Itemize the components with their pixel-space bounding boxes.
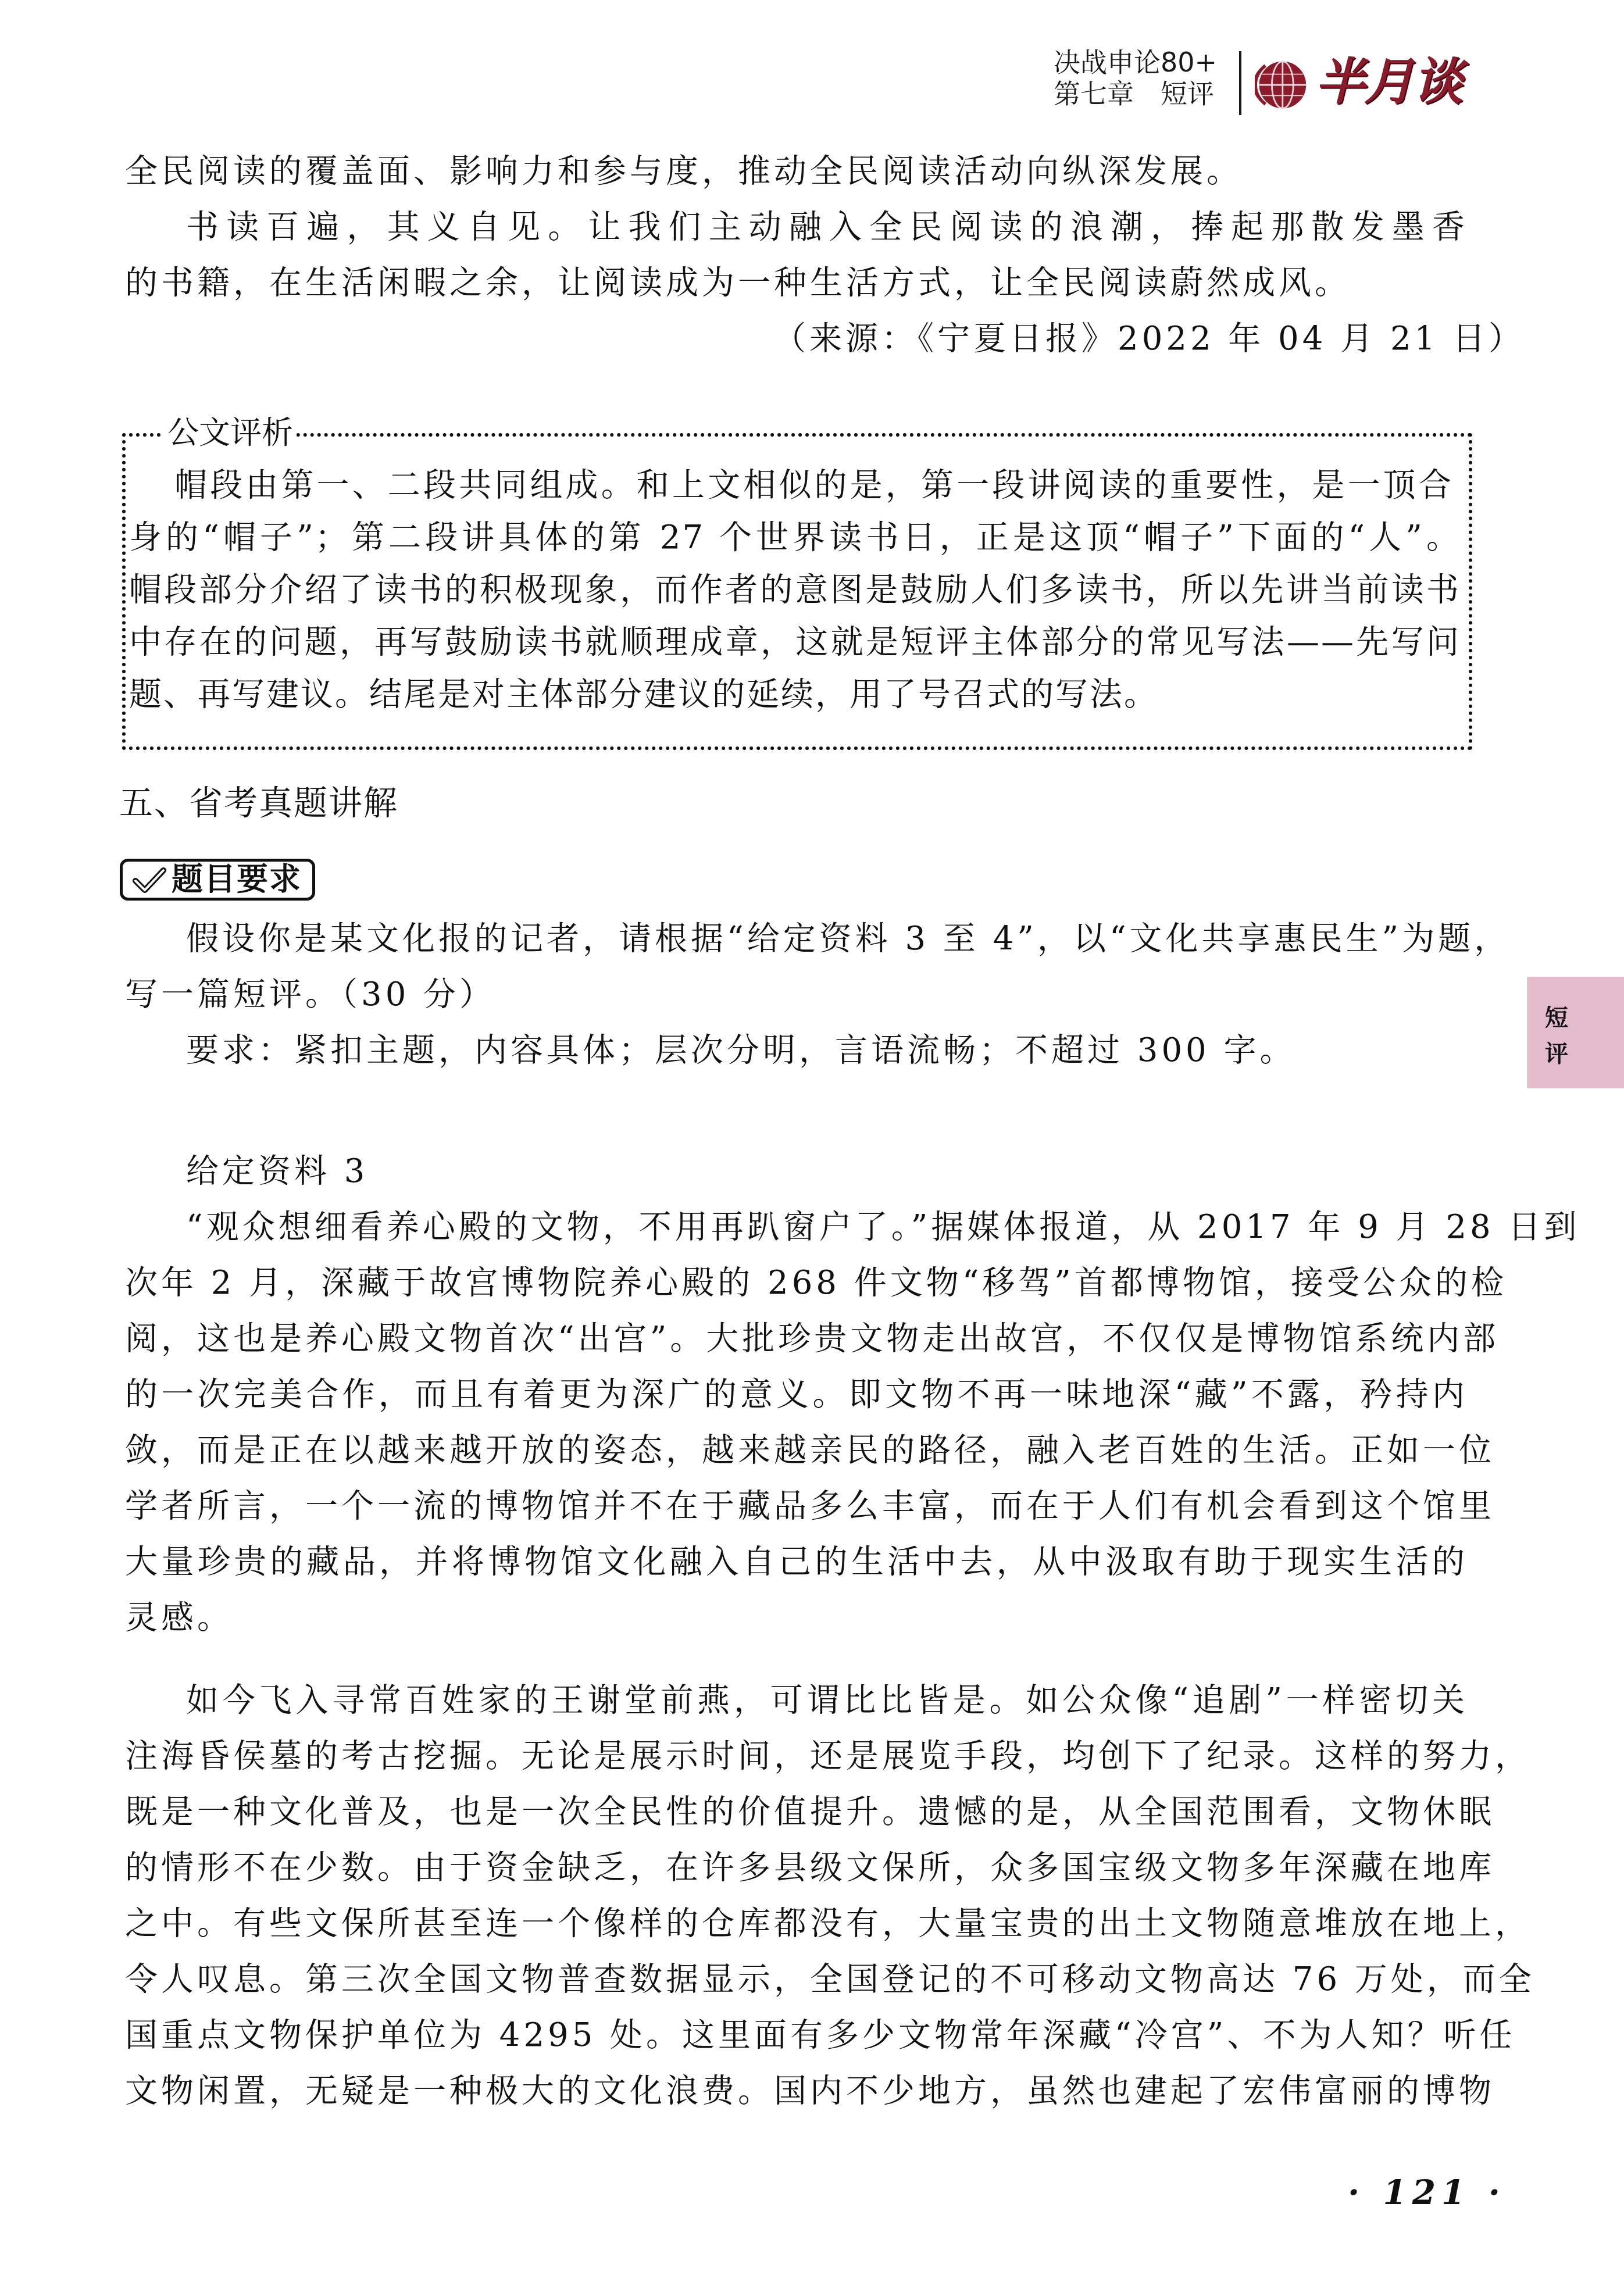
chapter-side-tab[interactable]: 短 评 [1527,977,1624,1088]
material-line: 的情形不在少数。由于资金缺乏，在许多县级文保所，众多国宝级文物多年深藏在地库 [125,1848,1468,1888]
material-line: 敛，而是正在以越来越开放的姿态，越来越亲民的路径，融入老百姓的生活。正如一位 [125,1430,1468,1471]
requirement-badge: 题目要求 [120,859,315,901]
intro-line: 书读百遍，其义自见。让我们主动融入全民阅读的浪潮，捧起那散发墨香 [186,207,1468,248]
page-number: · 121 · [1348,2172,1506,2213]
material-line: 大量珍贵的藏品，并将博物馆文化融入自己的生活中去，从中汲取有助于现实生活的 [125,1542,1468,1583]
source-citation: （来源：《宁夏日报》2022 年 04 月 21 日） [773,319,1471,359]
analysis-line: 题、再写建议。结尾是对主体部分建议的延续，用了号召式的写法。 [129,674,1461,715]
section-heading: 五、省考真题讲解 [119,782,398,824]
question-line: 要求：紧扣主题，内容具体；层次分明，言语流畅；不超过 300 字。 [186,1030,1468,1071]
material-line: 文物闲置，无疑是一种极大的文化浪费。国内不少地方，虽然也建起了宏伟富丽的博物 [125,2071,1468,2112]
checkmark-icon [132,866,167,894]
badge-label: 题目要求 [172,862,302,897]
material-line: 阅，这也是养心殿文物首次“出宫”。大批珍贵文物走出故宫，不仅仅是博物馆系统内部 [125,1319,1468,1359]
material-line: “观众想细看养心殿的文物，不用再趴窗户了。”据媒体报道，从 2017 年 9 月… [186,1207,1468,1248]
material-title: 给定资料 3 [186,1151,1468,1192]
material-line: 之中。有些文保所甚至连一个像样的仓库都没有，大量宝贵的出土文物随意堆放在地上， [125,1903,1468,1944]
book-title: 决战申论80+ [1054,47,1228,78]
analysis-line: 身的“帽子”；第二段讲具体的第 27 个世界读书日，正是这顶“帽子”下面的“人”… [129,517,1461,558]
material-line: 的一次完美合作，而且有着更为深广的意义。即文物不再一味地深“藏”不露，矜持内 [125,1374,1468,1415]
running-header: 决战申论80+ 第七章 短评 [1054,47,1228,109]
logo-wordmark: 半月谈 [1315,50,1462,114]
side-tab-char: 短 [1545,1000,1568,1036]
intro-line: 全民阅读的覆盖面、影响力和参与度，推动全民阅读活动向纵深发展。 [125,151,1468,192]
intro-line: 的书籍，在生活闲暇之余，让阅读成为一种生活方式，让全民阅读蔚然成风。 [125,263,1468,303]
material-line: 学者所言，一个一流的博物馆并不在于藏品多么丰富，而在于人们有机会看到这个馆里 [125,1486,1468,1527]
material-line: 既是一种文化普及，也是一次全民性的价值提升。遗憾的是，从全国范围看，文物休眠 [125,1792,1468,1833]
material-line: 令人叹息。第三次全国文物普查数据显示，全国登记的不可移动文物高达 76 万处，而… [125,1959,1468,2000]
question-line: 假设你是某文化报的记者，请根据“给定资料 3 至 4”，以“文化共享惠民生”为题… [186,919,1468,959]
analysis-line: 中存在的问题，再写鼓励读书就顺理成章，这就是短评主体部分的常见写法——先写问 [129,622,1461,663]
material-line: 注海昏侯墓的考古挖掘。无论是展示时间，还是展览手段，均创下了纪录。这样的努力， [125,1736,1468,1777]
globe-logo-icon [1255,58,1308,112]
material-line: 如今飞入寻常百姓家的王谢堂前燕，可谓比比皆是。如公众像“追剧”一样密切关 [186,1680,1468,1721]
chapter-title: 第七章 短评 [1054,78,1228,109]
analysis-line: 帽段由第一、二段共同组成。和上文相似的是，第一段讲阅读的重要性，是一顶合 [174,465,1454,506]
analysis-label: 公文评析 [164,414,297,452]
material-line: 灵感。 [125,1598,1468,1638]
material-line: 次年 2 月，深藏于故宫博物院养心殿的 268 件文物“移驾”首都博物馆，接受公… [125,1263,1468,1303]
question-line: 写一篇短评。（30 分） [125,974,1468,1015]
material-line: 国重点文物保护单位为 4295 处。这里面有多少文物常年深藏“冷宫”、不为人知？… [125,2015,1468,2056]
analysis-line: 帽段部分介绍了读书的积极现象，而作者的意图是鼓励人们多读书，所以先讲当前读书 [129,570,1461,610]
side-tab-char: 评 [1545,1036,1568,1072]
header-divider [1239,51,1241,115]
